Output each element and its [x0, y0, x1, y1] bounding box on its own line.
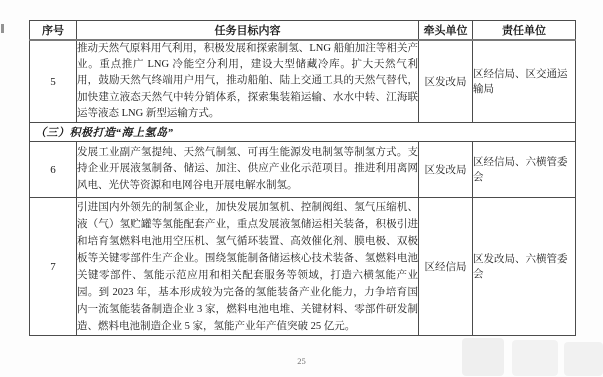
row-5-responsible-unit: 区经信局、区交通运输局 [473, 40, 576, 123]
row-6-lead-unit: 区发改局 [419, 142, 473, 198]
header-serial-number: 序号 [30, 21, 77, 41]
row-6-number: 6 [30, 142, 77, 198]
header-responsible-unit: 责任单位 [473, 21, 576, 41]
row-5-content: 推动天然气原料用气利用，积极发展和探索制氢、LNG 船舶加注等相关产业。重点推广… [77, 40, 419, 123]
table-row: 5 推动天然气原料用气利用，积极发展和探索制氢、LNG 船舶加注等相关产业。重点… [30, 40, 576, 123]
header-lead-unit: 牵头单位 [419, 21, 473, 41]
row-7-responsible-unit: 区发改局、六横管委会 [473, 198, 576, 336]
row-7-number: 7 [30, 198, 77, 336]
page-number: 25 [0, 356, 603, 366]
table-row: 6 发展工业副产氢提纯、天然气制氢、可再生能源发电制氢等制氢方式。支持企业开展液… [30, 142, 576, 198]
row-5-number: 5 [30, 40, 77, 123]
row-6-content: 发展工业副产氢提纯、天然气制氢、可再生能源发电制氢等制氢方式。支持企业开展液氢制… [77, 142, 419, 198]
row-5-lead-unit: 区发改局 [419, 40, 473, 123]
task-table: 序号 任务目标内容 牵头单位 责任单位 5 推动天然气原料用气利用，积极发展和探… [29, 20, 576, 336]
row-7-content: 引进国内外领先的制氢企业，加快发展加氢机、控制阀组、氢气压缩机、液（气）氢贮罐等… [77, 198, 419, 336]
scan-artifact-mark [1, 24, 4, 33]
section-title: （三）积极打造“海上氢岛” [30, 123, 576, 142]
header-task-content: 任务目标内容 [77, 21, 419, 41]
row-6-responsible-unit: 区经信局、六横管委会 [473, 142, 576, 198]
table-header-row: 序号 任务目标内容 牵头单位 责任单位 [30, 21, 576, 41]
table-row: 7 引进国内外领先的制氢企业，加快发展加氢机、控制阀组、氢气压缩机、液（气）氢贮… [30, 198, 576, 336]
section-header-row: （三）积极打造“海上氢岛” [30, 123, 576, 142]
row-7-lead-unit: 区经信局 [419, 198, 473, 336]
